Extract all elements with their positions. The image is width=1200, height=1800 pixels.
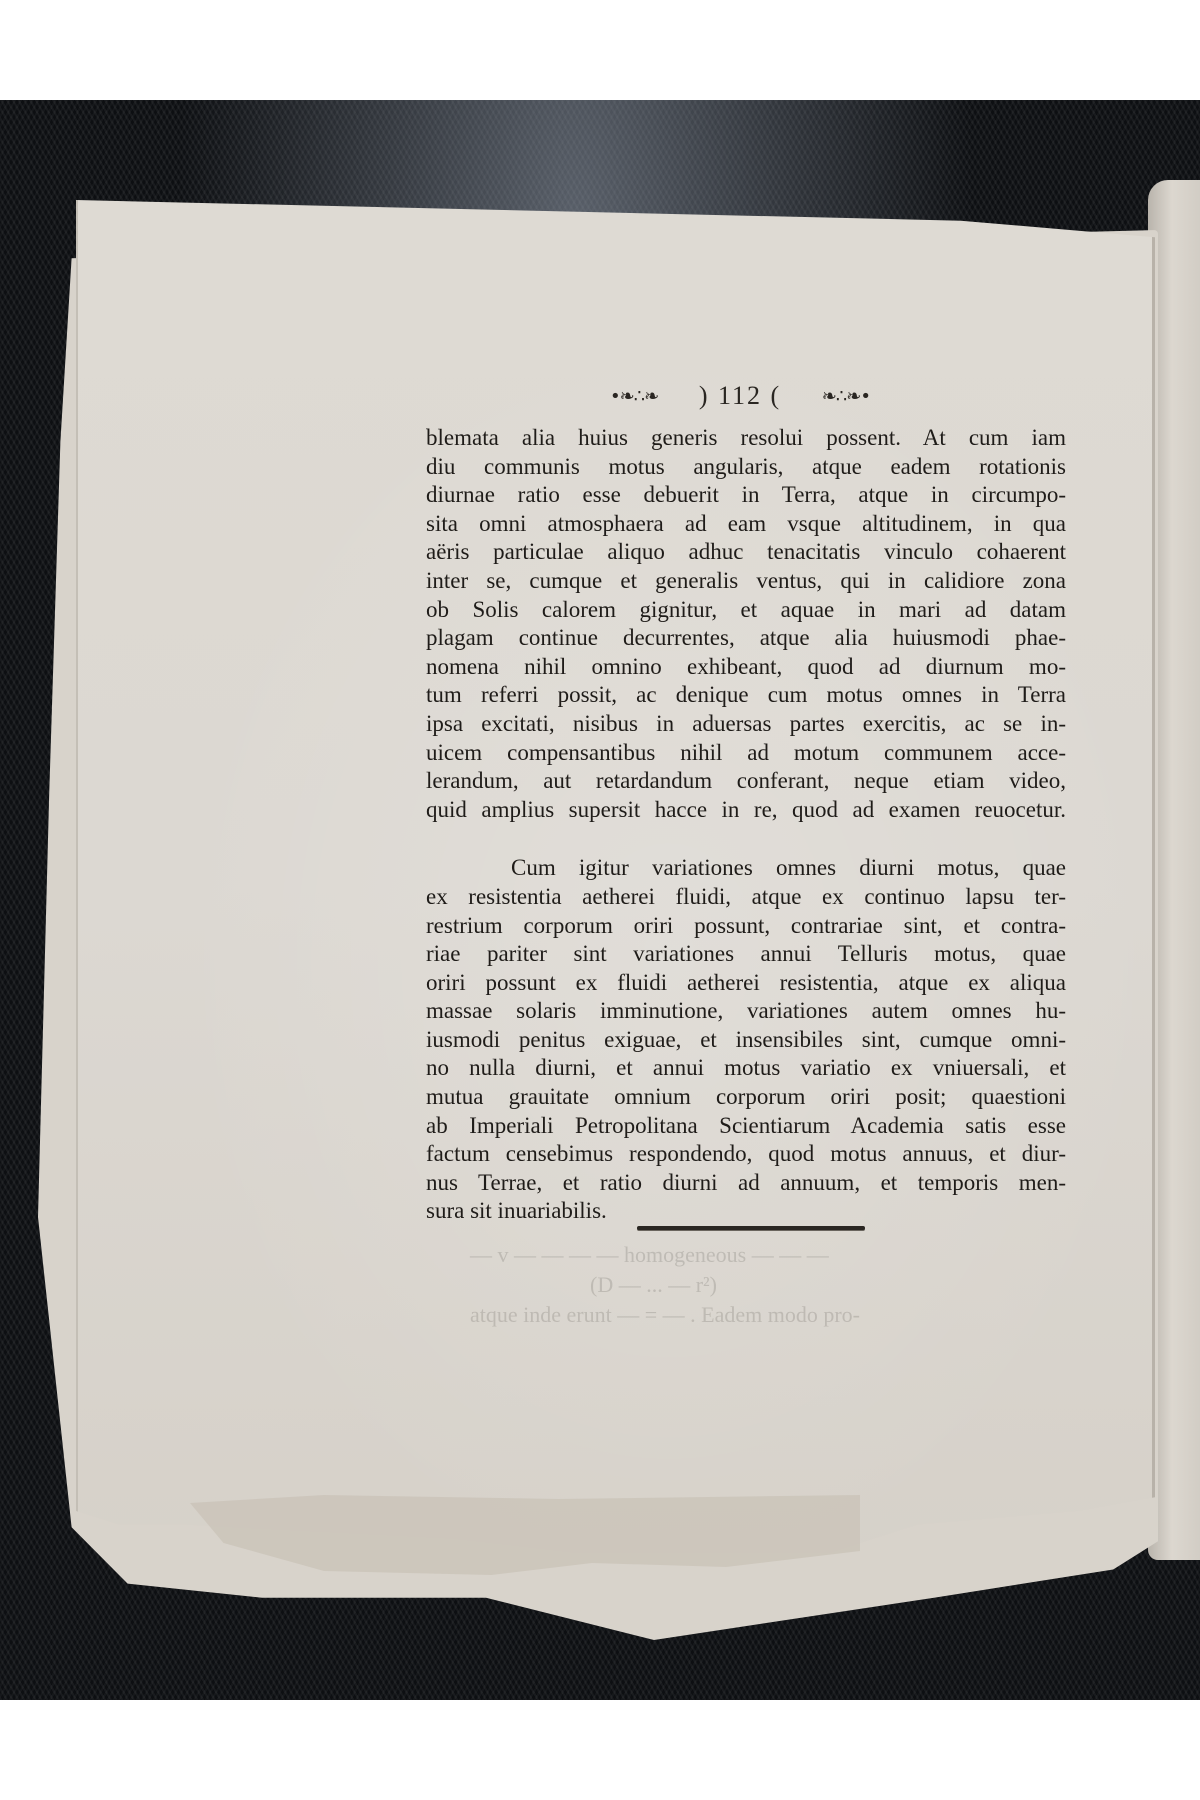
fleuron-right-icon: ❧∴❧•: [822, 386, 870, 407]
text-line: ab Imperiali Petropolitana Scientiarum A…: [426, 1112, 1066, 1141]
text-line: blemata alia huius generis resolui posse…: [426, 424, 1066, 453]
text-line: aëris particulae aliquo adhuc tenacitati…: [426, 538, 1066, 567]
body-text: blemata alia huius generis resolui posse…: [426, 424, 1066, 1226]
text-line: factum censebimus respondendo, quod motu…: [426, 1140, 1066, 1169]
paragraph-1: blemata alia huius generis resolui posse…: [426, 424, 1066, 824]
text-line: plagam continue decurrentes, atque alia …: [426, 624, 1066, 653]
text-line: diurnae ratio esse debuerit in Terra, at…: [426, 481, 1066, 510]
text-line: uicem compensantibus nihil ad motum comm…: [426, 739, 1066, 768]
text-line: ob Solis calorem gignitur, et aquae in m…: [426, 596, 1066, 625]
text-line: riae pariter sint variationes annui Tell…: [426, 940, 1066, 969]
text-line: quid amplius supersit hacce in re, quod …: [426, 796, 1066, 825]
closing-rule-divider: [637, 1226, 865, 1230]
paragraph-2: Cum igitur variationes omnes diurni motu…: [426, 854, 1066, 1226]
bleed-line: (D — ... — r²): [470, 1270, 1090, 1300]
fleuron-left-icon: •❧∴❧: [610, 386, 658, 407]
text-line: sura sit inuariabilis.: [426, 1197, 1066, 1226]
show-through-text: — v — — — — homogeneous — — — (D — ... —…: [470, 1240, 1090, 1330]
text-line: ex resistentia aetherei fluidi, atque ex…: [426, 883, 1066, 912]
text-line: no nulla diurni, et annui motus variatio…: [426, 1054, 1066, 1083]
page-number: ) 112 (: [699, 381, 781, 411]
text-line: tum referri possit, ac denique cum motus…: [426, 681, 1066, 710]
text-line: iusmodi penitus exiguae, et insensibiles…: [426, 1026, 1066, 1055]
text-line: lerandum, aut retardandum conferant, neq…: [426, 767, 1066, 796]
text-line: inter se, cumque et generalis ventus, qu…: [426, 567, 1066, 596]
bleed-line: atque inde erunt — = — . Eadem modo pro-: [470, 1300, 1090, 1330]
text-line: sita omni atmosphaera ad eam vsque altit…: [426, 510, 1066, 539]
text-line: restrium corporum oriri possunt, contrar…: [426, 912, 1066, 941]
text-line: diu communis motus angularis, atque eade…: [426, 453, 1066, 482]
text-line: nus Terrae, et ratio diurni ad annuum, e…: [426, 1169, 1066, 1198]
text-line: nomena nihil omnino exhibeant, quod ad d…: [426, 653, 1066, 682]
text-line: oriri possunt ex fluidi aetherei resiste…: [426, 969, 1066, 998]
text-line: massae solaris imminutione, variationes …: [426, 997, 1066, 1026]
bleed-line: — v — — — — homogeneous — — —: [470, 1240, 1090, 1270]
text-line: ipsa excitati, nisibus in aduersas parte…: [426, 710, 1066, 739]
text-line: Cum igitur variationes omnes diurni motu…: [426, 854, 1066, 883]
running-header: •❧∴❧ ) 112 ( ❧∴❧•: [610, 378, 870, 414]
paragraph-gap: [426, 824, 1066, 854]
text-line: mutua grauitate omnium corporum oriri po…: [426, 1083, 1066, 1112]
